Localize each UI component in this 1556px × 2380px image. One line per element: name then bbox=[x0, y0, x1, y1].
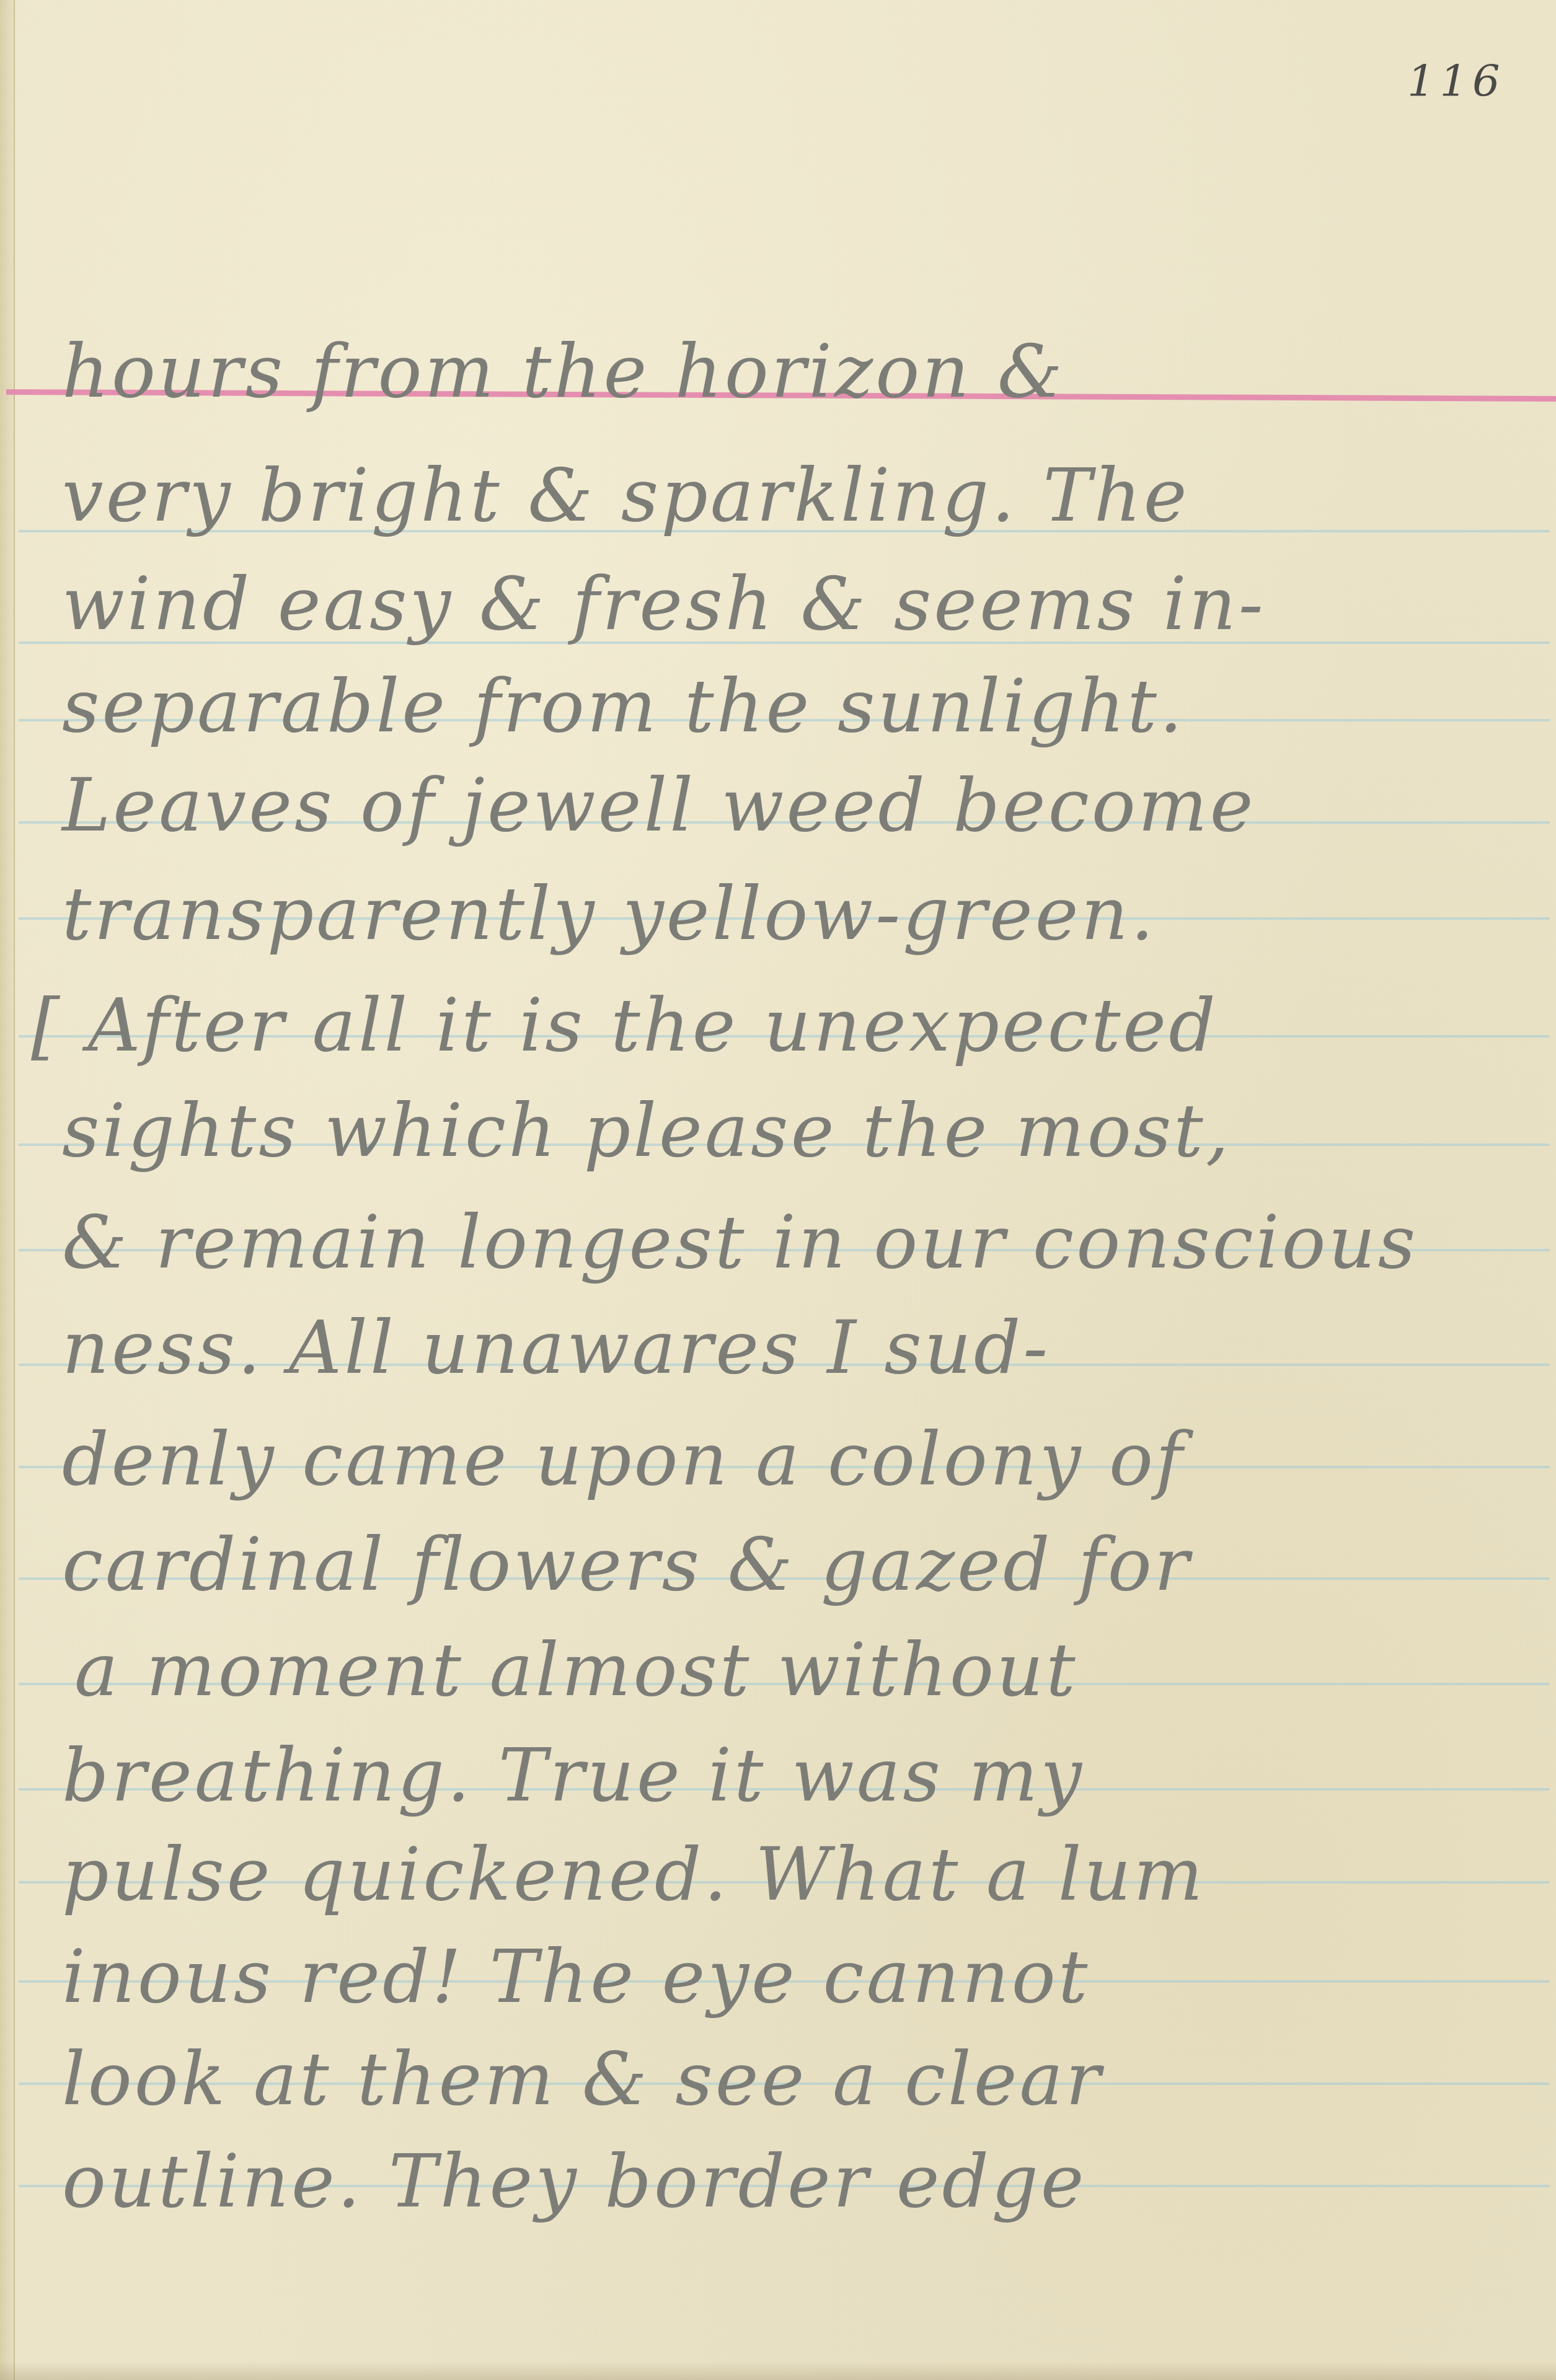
page-number: 116 bbox=[1407, 56, 1505, 107]
text-line: very bright & sparkling. The bbox=[62, 459, 1190, 532]
text-line: Leaves of jewell weed become bbox=[62, 769, 1256, 842]
text-line: inous red! The eye cannot bbox=[62, 1940, 1090, 2013]
text-line: ness. All unawares I sud- bbox=[62, 1311, 1050, 1384]
text-line: [ After all it is the unexpected bbox=[31, 989, 1218, 1062]
text-line: & remain longest in our conscious bbox=[62, 1205, 1418, 1279]
text-line: hours from the horizon & bbox=[62, 335, 1065, 408]
text-line: a moment almost without bbox=[74, 1633, 1078, 1706]
text-line: pulse quickened. What a lum bbox=[62, 1838, 1205, 1911]
text-line: denly came upon a colony of bbox=[62, 1422, 1185, 1496]
text-line: transparently yellow-green. bbox=[62, 877, 1156, 950]
notebook-page: 116 hours from the horizon & very bright… bbox=[0, 0, 1556, 2380]
text-line: sights which please the most, bbox=[62, 1094, 1231, 1167]
text-line: wind easy & fresh & seems in- bbox=[62, 567, 1266, 640]
text-line: look at them & see a clear bbox=[62, 2042, 1103, 2115]
text-line: cardinal flowers & gazed for bbox=[62, 1528, 1191, 1601]
text-line: breathing. True it was my bbox=[62, 1739, 1084, 1812]
text-line: outline. They border edge bbox=[62, 2144, 1087, 2218]
text-line: separable from the sunlight. bbox=[62, 669, 1185, 743]
page-binding-edge bbox=[0, 0, 15, 2380]
page-bottom-edge bbox=[0, 2361, 1556, 2380]
